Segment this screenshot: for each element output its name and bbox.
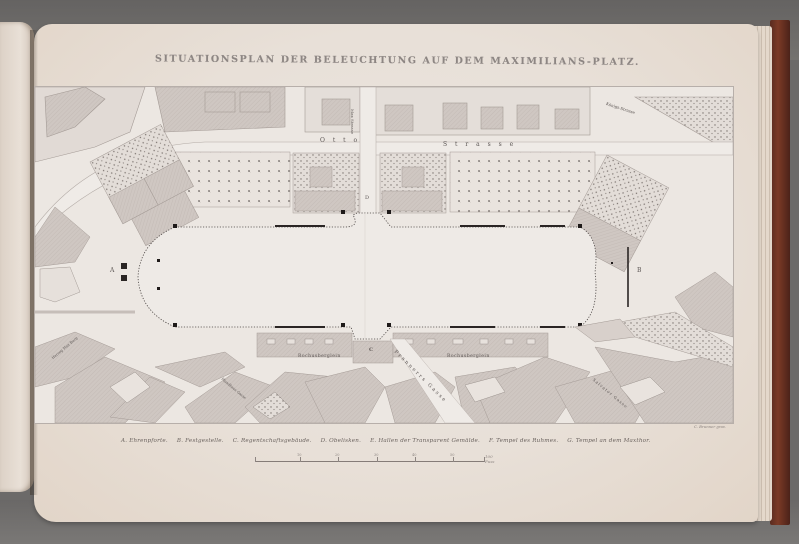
scale-tick <box>255 457 256 462</box>
street-otto-2: S t r a s s e <box>443 141 516 148</box>
scale-tick <box>415 457 416 462</box>
map-drawing <box>35 87 733 423</box>
scale-tick <box>338 457 339 462</box>
legend-item-g: G. Tempel an dem Maxthor. <box>567 438 650 444</box>
legend-item-f: F. Tempel des Ruhmes. <box>489 438 558 444</box>
left-page <box>0 22 34 492</box>
scale-tick <box>300 457 301 462</box>
street-max: Max Strasse <box>350 109 355 134</box>
legend-item-d: D. Obelisken. <box>321 438 361 444</box>
scale-tick <box>453 457 454 462</box>
legend-item-b: B. Festgestelle. <box>177 438 224 444</box>
situation-plan-map: A B C D O t t o S t r a s s e Max Strass… <box>34 86 734 424</box>
scale-label: 30 <box>374 453 378 457</box>
legend-item-a: A. Ehrenpforte. <box>121 438 168 444</box>
scale-line <box>255 461 485 462</box>
scale-label: 40 <box>412 453 416 457</box>
scale-bar: 10 20 30 40 50 100 Fuss <box>255 456 490 464</box>
ehrenpforte-a <box>121 263 127 281</box>
illumination-plaza <box>35 213 596 339</box>
street-rochus-right: Rochusberglein <box>447 354 490 359</box>
map-label-b: B <box>637 267 641 274</box>
street-otto-1: O t t o <box>320 137 360 144</box>
tree-grove-ne <box>450 152 595 212</box>
legend-item-e: E. Hallen der Transparent Gemälde. <box>370 438 480 444</box>
book-cover-edge <box>770 20 790 525</box>
street-rochus-left: Rochusberglein <box>298 354 341 359</box>
plate-legend: A. Ehrenpforte. B. Festgestelle. C. Rege… <box>121 438 621 444</box>
map-label-a: A <box>110 267 114 274</box>
scale-label: 50 <box>450 453 454 457</box>
engraver-signature: C. Brunner grav. <box>694 424 726 429</box>
scale-tick <box>377 457 378 462</box>
map-label-d: D <box>365 195 369 201</box>
scale-label: 10 <box>297 453 301 457</box>
legend-item-c: C. Regentschaftsgebäude. <box>233 438 312 444</box>
scale-label: 20 <box>335 453 339 457</box>
scale-unit: 100 Fuss <box>485 454 494 464</box>
map-label-c: C <box>369 347 373 353</box>
